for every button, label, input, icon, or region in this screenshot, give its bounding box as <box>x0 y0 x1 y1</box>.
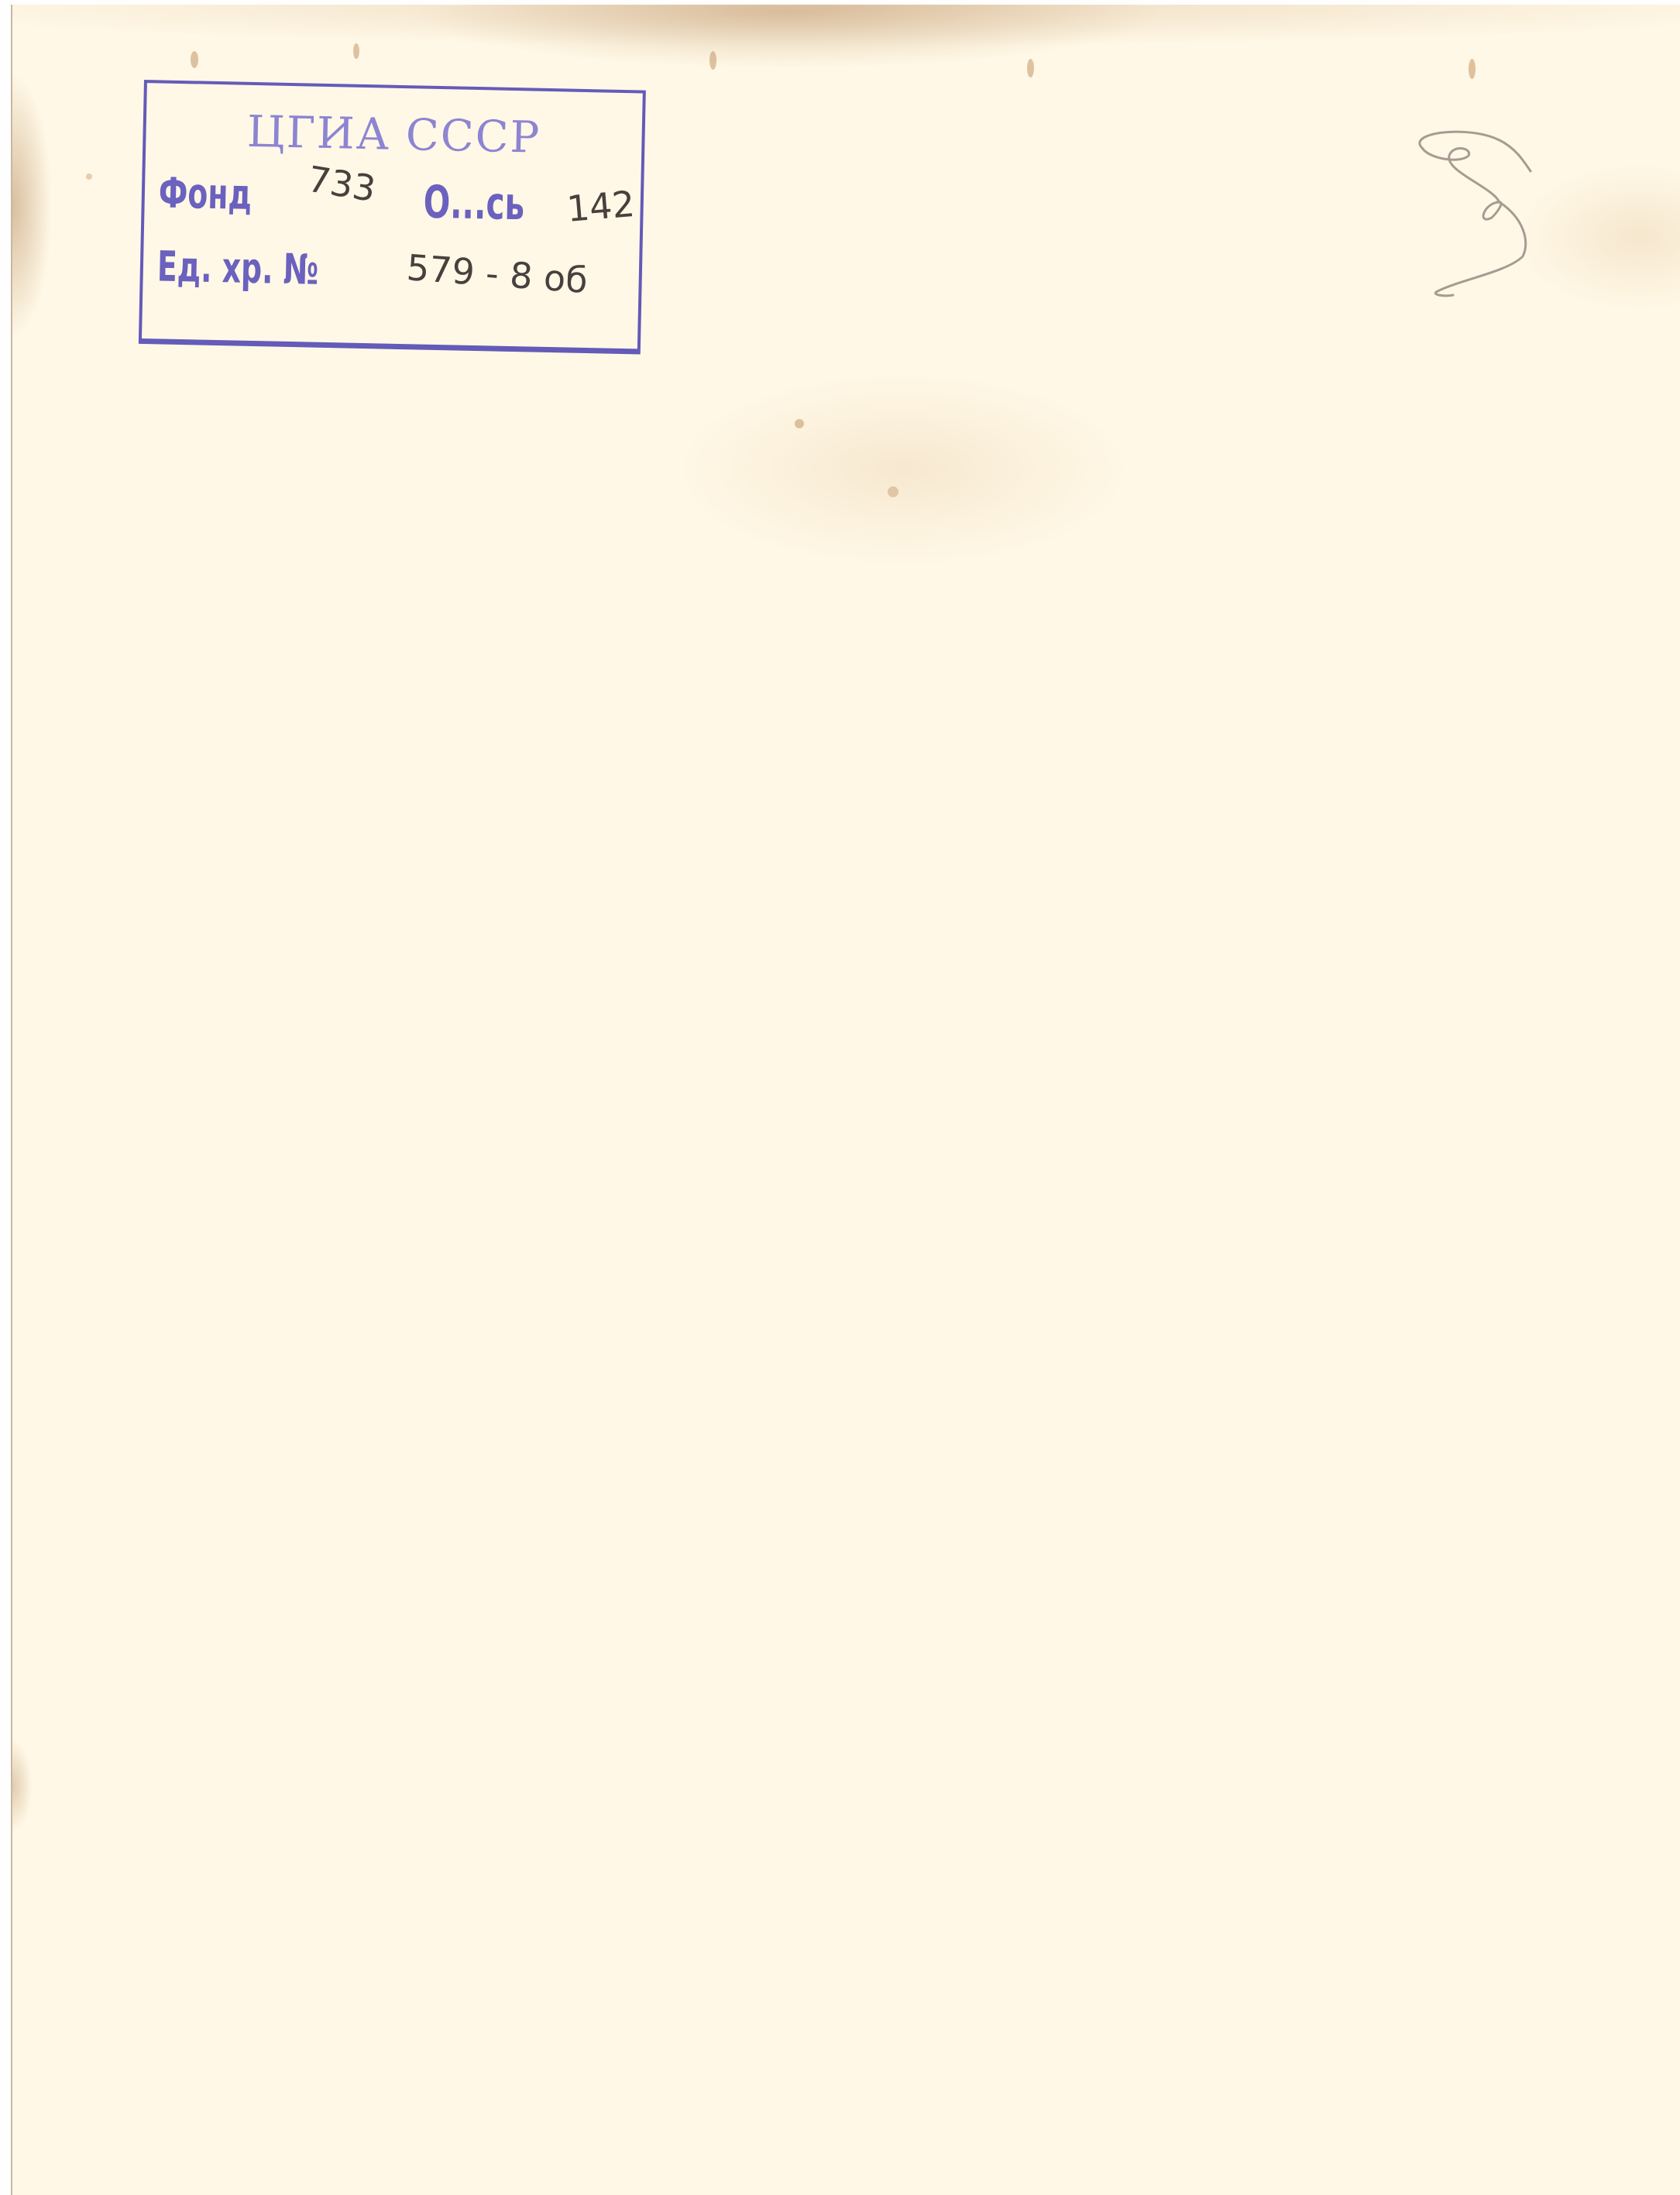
document-page: ЦГИА СССР Фонд О...сь Ед. хр. № 733 142 … <box>11 5 1680 2195</box>
stamp-title: ЦГИА СССР <box>146 105 642 165</box>
stamp-fond-label: Фонд <box>158 168 252 219</box>
stain-spot <box>795 419 804 428</box>
stain-spot <box>191 51 198 68</box>
handwritten-fond-number: 733 <box>304 158 378 210</box>
stain-spot <box>1027 59 1034 77</box>
handwritten-opis-number: 142 <box>565 183 637 230</box>
stain-spot <box>1469 59 1476 79</box>
stain-spot <box>86 173 92 180</box>
signature-scribble-icon <box>1399 125 1538 303</box>
stain-spot <box>353 43 359 59</box>
stamp-ed-hr-label: Ед. хр. № <box>156 242 319 294</box>
stain-spot <box>709 51 716 70</box>
stain-spot <box>888 486 898 497</box>
stamp-opis-label: О...сь <box>423 176 525 231</box>
handwritten-item-number: 579 - 8 об <box>405 246 589 301</box>
archive-stamp: ЦГИА СССР Фонд О...сь Ед. хр. № 733 142 … <box>139 80 646 354</box>
